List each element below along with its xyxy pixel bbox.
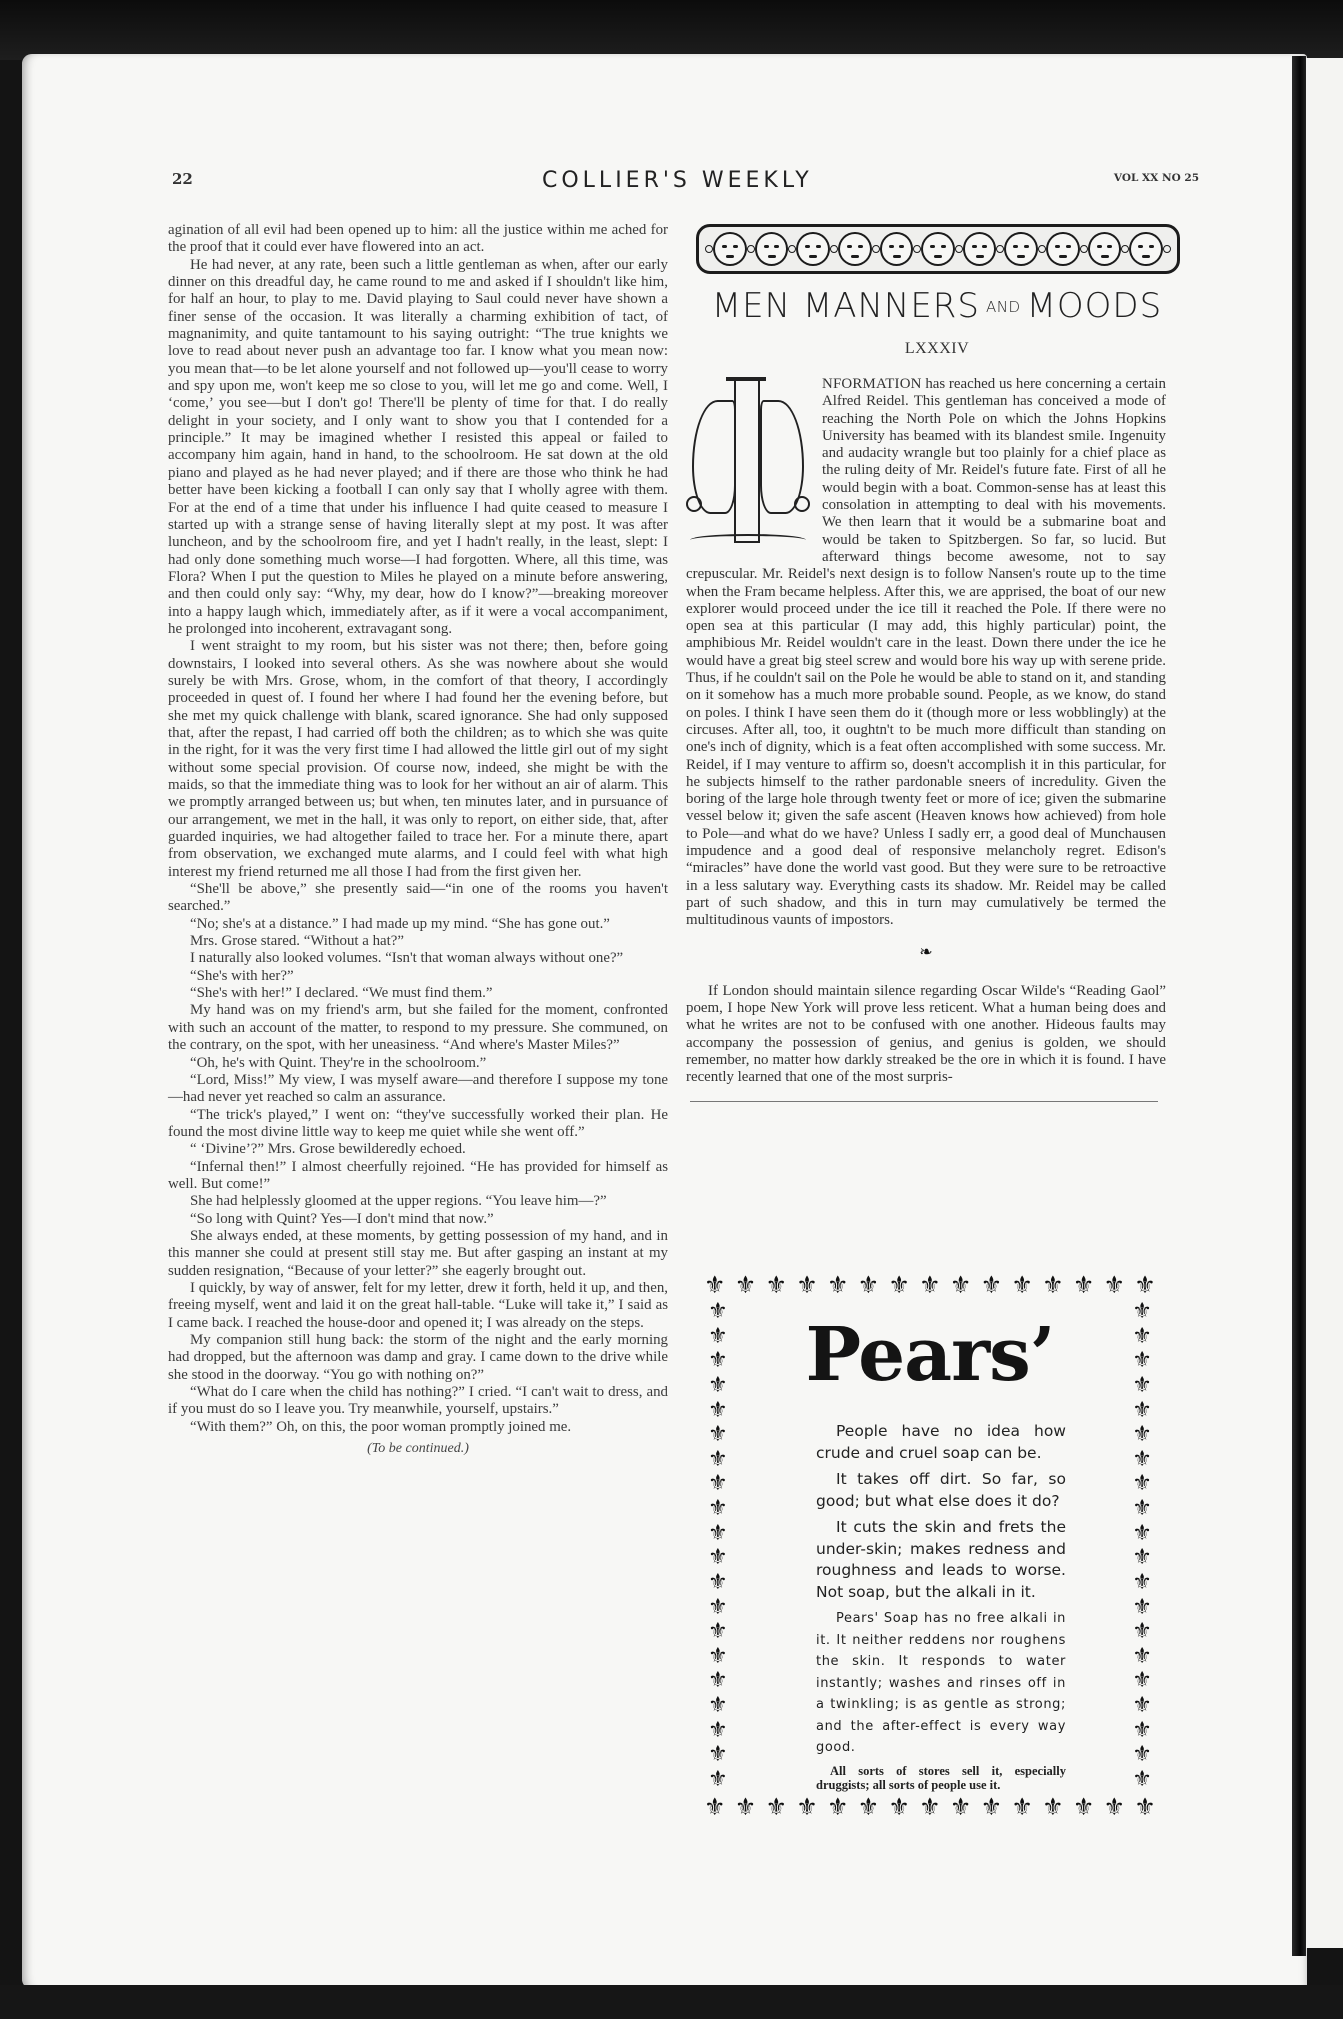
story-paragraph: “Lord, Miss!” My view, I was myself awar… xyxy=(168,1072,668,1107)
story-paragraph: “So long with Quint? Yes—I don't mind th… xyxy=(168,1211,668,1228)
story-paragraph: “She's with her!” I declared. “We must f… xyxy=(168,985,668,1002)
face-icon xyxy=(1088,232,1122,266)
ad-paragraph: It takes off dirt. So far, so good; but … xyxy=(816,1469,1066,1512)
running-header: 22 COLLIER'S WEEKLY VOL XX NO 25 xyxy=(152,168,1227,198)
ad-paragraph: People have no idea how crude and cruel … xyxy=(816,1421,1066,1464)
lead-caps: NFORMATION xyxy=(822,376,922,392)
face-icon xyxy=(796,232,830,266)
story-paragraph: “She'll be above,” she presently said—“i… xyxy=(168,881,668,916)
book-spine xyxy=(1292,56,1306,1956)
story-paragraph: My hand was on my friend's arm, but she … xyxy=(168,1002,668,1054)
fleuron-icon: ❧ xyxy=(686,944,1166,961)
face-icon xyxy=(921,232,955,266)
masthead: COLLIER'S WEEKLY xyxy=(542,168,813,193)
story-paragraph: I quickly, by way of answer, felt for my… xyxy=(168,1280,668,1332)
story-paragraph: “ ‘Divine’?” Mrs. Grose bewilderedly ech… xyxy=(168,1141,668,1158)
ad-tagline: All sorts of stores sell it, especially … xyxy=(816,1764,1066,1792)
title-part-2: MOODS xyxy=(1027,286,1163,326)
story-paragraph: “What do I care when the child has nothi… xyxy=(168,1384,668,1419)
scan-background-bottom xyxy=(0,1985,1343,2019)
face-icon xyxy=(1129,232,1163,266)
divider-rule xyxy=(690,1101,1158,1102)
section-title: MEN MANNERSANDMOODS xyxy=(686,286,1188,326)
ornamental-dropcap-i-icon xyxy=(686,378,810,550)
story-paragraph: Mrs. Grose stared. “Without a hat?” xyxy=(168,933,668,950)
story-paragraph: “With them?” Oh, on this, the poor woman… xyxy=(168,1419,668,1436)
face-icon xyxy=(713,232,747,266)
title-and: AND xyxy=(986,298,1021,316)
to-be-continued: (To be continued.) xyxy=(168,1440,668,1457)
serial-story-column: agination of all evil had been opened up… xyxy=(168,222,668,1457)
men-manners-moods-column: MEN MANNERSANDMOODS LXXXIV NFORMATION ha… xyxy=(686,222,1188,1102)
faces-frieze-icon xyxy=(696,224,1180,274)
scan-background-top xyxy=(0,0,1343,60)
face-icon xyxy=(838,232,872,266)
ad-paragraph: It cuts the skin and frets the under-ski… xyxy=(816,1517,1066,1603)
article-body: NFORMATION has reached us here concernin… xyxy=(686,376,1166,1102)
face-icon xyxy=(880,232,914,266)
story-paragraph: She had helplessly gloomed at the upper … xyxy=(168,1193,668,1210)
story-paragraph: I went straight to my room, but his sist… xyxy=(168,638,668,881)
ad-copy: People have no idea how crude and cruel … xyxy=(816,1421,1066,1797)
ad-detail: Pears' Soap has no free alkali in it. It… xyxy=(816,1608,1066,1759)
story-paragraph: “The trick's played,” I went on: “they'v… xyxy=(168,1107,668,1142)
section-number: LXXXIV xyxy=(686,340,1188,358)
title-part-1: MEN MANNERS xyxy=(712,286,980,326)
story-paragraph: “Oh, he's with Quint. They're in the sch… xyxy=(168,1055,668,1072)
volume-issue: VOL XX NO 25 xyxy=(1114,172,1199,184)
pears-soap-advertisement: ⚜⚜⚜⚜⚜⚜⚜⚜⚜⚜⚜⚜⚜⚜⚜ ⚜⚜⚜⚜⚜⚜⚜⚜⚜⚜⚜⚜⚜⚜⚜⚜⚜⚜⚜⚜ ⚜⚜⚜… xyxy=(704,1273,1156,1819)
story-paragraph: My companion still hung back: the storm … xyxy=(168,1332,668,1384)
face-icon xyxy=(1004,232,1038,266)
fleur-de-lis-border-bottom-icon: ⚜⚜⚜⚜⚜⚜⚜⚜⚜⚜⚜⚜⚜⚜⚜ xyxy=(704,1795,1156,1819)
face-icon xyxy=(755,232,789,266)
fleur-de-lis-border-top-icon: ⚜⚜⚜⚜⚜⚜⚜⚜⚜⚜⚜⚜⚜⚜⚜ xyxy=(704,1273,1156,1297)
adjacent-page-edge xyxy=(1306,58,1343,1948)
story-paragraph: He had never, at any rate, been such a l… xyxy=(168,257,668,639)
article-paragraph: If London should maintain silence regard… xyxy=(686,983,1166,1087)
face-icon xyxy=(963,232,997,266)
story-paragraph: “Infernal then!” I almost cheerfully rej… xyxy=(168,1159,668,1194)
ad-brand-name: Pears’ xyxy=(704,1315,1156,1395)
story-paragraph: She always ended, at these moments, by g… xyxy=(168,1228,668,1280)
story-paragraph: agination of all evil had been opened up… xyxy=(168,222,668,257)
story-paragraph: “No; she's at a distance.” I had made up… xyxy=(168,916,668,933)
story-paragraph: I naturally also looked volumes. “Isn't … xyxy=(168,950,668,967)
face-icon xyxy=(1046,232,1080,266)
page-number: 22 xyxy=(172,170,193,188)
story-paragraph: “She's with her?” xyxy=(168,968,668,985)
